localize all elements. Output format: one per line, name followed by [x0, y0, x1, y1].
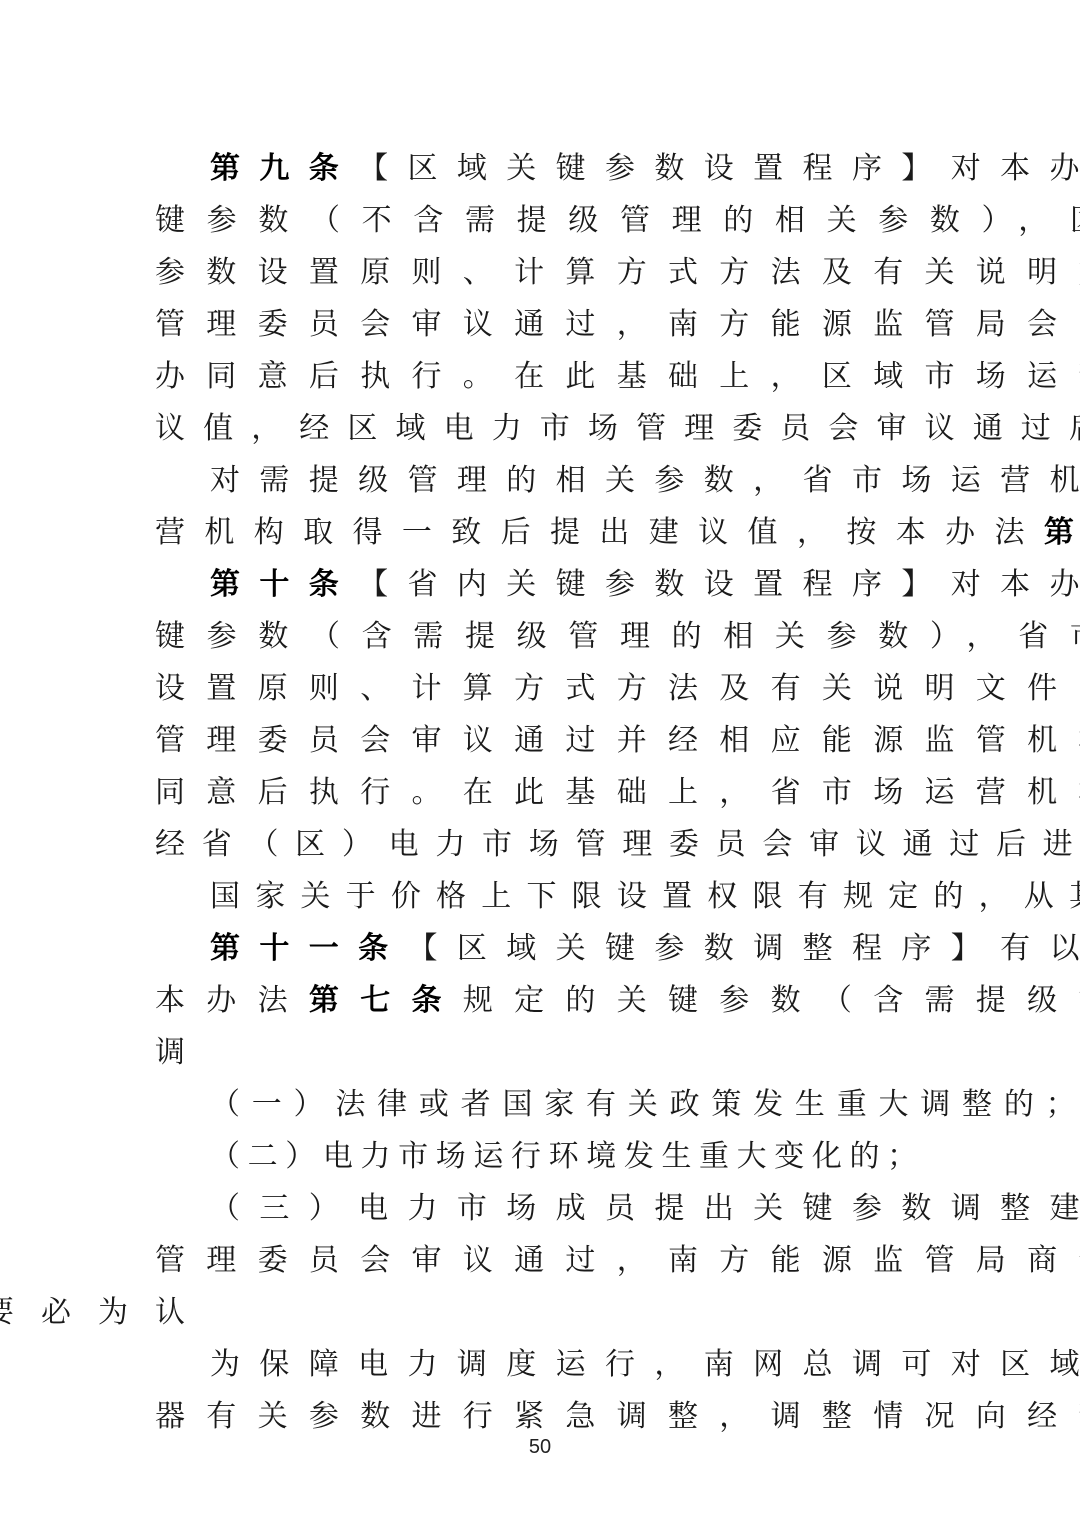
text-line: 设置原则、计算方式方法及有关说明文件，经省（区）电力市场	[155, 663, 985, 715]
text-segment: 议值，经区域电力市场管理委员会审议通过后进行设置。	[155, 411, 1080, 446]
text-line: 键参数（不含需提级管理的相关参数），区域市场运营机构提出	[155, 195, 985, 247]
text-line: 认为必要的。	[155, 1287, 985, 1339]
text-line: 管理委员会审议通过并经相应能源监管机构、地方政府主管部门	[155, 715, 985, 767]
text-line: 管理委员会审议通过，南方能源监管局会同云南、贵州能源监管	[155, 299, 985, 351]
text-segment: 设置原则、计算方式方法及有关说明文件，经省（区）电力市场	[155, 671, 1080, 706]
text-segment: 参数设置原则、计算方式方法及有关说明文件，经区域电力市场	[155, 255, 1080, 290]
text-segment: （一）法律或者国家有关政策发生重大调整的；	[210, 1087, 1080, 1122]
page-number: 50	[0, 1436, 1080, 1459]
document-page: 第九条【区域关键参数设置程序】对本办法第七条规定的关键参数（不含需提级管理的相关…	[0, 0, 1080, 1527]
text-line: （三）电力市场成员提出关键参数调整建议，区域电力市场	[210, 1183, 1040, 1235]
text-line: 第十一条【区域关键参数调整程序】有以下情形之一的，对	[210, 923, 1040, 975]
text-segment: 【省内关键参数设置程序】对本办法	[358, 567, 1080, 602]
text-segment: 国家关于价格上下限设置权限有规定的，从其规定。	[210, 879, 1080, 914]
text-line: 参数设置原则、计算方式方法及有关说明文件，经区域电力市场	[155, 247, 985, 299]
text-line: 第十条【省内关键参数设置程序】对本办法第八条规定的关	[210, 559, 1040, 611]
text-line: 调整。	[155, 1027, 985, 1079]
text-segment: （三）电力市场成员提出关键参数调整建议，区域电力市场	[210, 1191, 1080, 1226]
text-segment: 管理委员会审议通过并经相应能源监管机构、地方政府主管部门	[155, 723, 1080, 758]
text-segment: 本办法	[155, 983, 309, 1018]
text-segment: 管理委员会审议通过，南方能源监管局会同云南、贵州能源监管	[155, 307, 1080, 342]
text-segment: 为保障电力调度运行，南网总调可对区域现货出清模型求解	[210, 1347, 1080, 1382]
text-segment: 键参数（不含需提级管理的相关参数），区域市场运营机构提出	[155, 203, 1080, 238]
text-line: 第九条【区域关键参数设置程序】对本办法第七条规定的关	[210, 143, 1040, 195]
text-line: 为保障电力调度运行，南网总调可对区域现货出清模型求解	[210, 1339, 1040, 1391]
text-line: 经省（区）电力市场管理委员会审议通过后进行设置。	[155, 819, 985, 871]
text-segment: 管理委员会审议通过，南方能源监管局商云南、贵州能源监管办	[155, 1243, 1080, 1278]
text-line: 本办法第七条规定的关键参数（含需提级管理的相关参数）进行	[155, 975, 985, 1027]
text-segment: 营机构取得一致后提出建议值，按本办法	[155, 515, 1044, 550]
text-segment: （二）电力市场运行环境发生重大变化的；	[210, 1139, 925, 1174]
text-segment: 对需提级管理的相关参数，省市场运营机构应商区域市场运	[210, 463, 1080, 498]
text-segment: 办同意后执行。在此基础上，区域市场运营机构提出参数设置建	[155, 359, 1080, 394]
text-line: 办同意后执行。在此基础上，区域市场运营机构提出参数设置建	[155, 351, 985, 403]
text-line: 键参数（含需提级管理的相关参数），省市场运营机构提出参数	[155, 611, 985, 663]
text-segment: 器有关参数进行紧急调整，调整情况向经营主体进行披露，并向	[155, 1399, 1080, 1434]
text-segment: 同意后执行。在此基础上，省市场运营机构提出参数设置建议值，	[155, 775, 1080, 810]
article-reference: 第十一条	[210, 931, 408, 966]
article-reference: 第十条	[210, 567, 358, 602]
text-segment: 经省（区）电力市场管理委员会审议通过后进行设置。	[155, 827, 1080, 862]
text-line: 同意后执行。在此基础上，省市场运营机构提出参数设置建议值，	[155, 767, 985, 819]
text-line: （一）法律或者国家有关政策发生重大调整的；	[210, 1079, 1040, 1131]
article-reference: 第九条	[210, 151, 358, 186]
text-segment: 【区域关键参数调整程序】有以下情形之一的，对	[408, 931, 1080, 966]
article-reference: 第十条	[1044, 515, 1080, 550]
text-segment: 【区域关键参数设置程序】对本办法	[358, 151, 1080, 186]
text-segment: 键参数（含需提级管理的相关参数），省市场运营机构提出参数	[155, 619, 1080, 654]
text-line: （二）电力市场运行环境发生重大变化的；	[210, 1131, 1040, 1183]
text-line: 国家关于价格上下限设置权限有规定的，从其规定。	[210, 871, 1040, 923]
text-line: 对需提级管理的相关参数，省市场运营机构应商区域市场运	[210, 455, 1040, 507]
article-reference: 第七条	[309, 983, 463, 1018]
text-line: 管理委员会审议通过，南方能源监管局商云南、贵州能源监管办	[155, 1235, 985, 1287]
text-line: 营机构取得一致后提出建议值，按本办法第十条规定执行。	[155, 507, 985, 559]
text-segment: 规定的关键参数（含需提级管理的相关参数）进行	[463, 983, 1080, 1018]
text-line: 议值，经区域电力市场管理委员会审议通过后进行设置。	[155, 403, 985, 455]
